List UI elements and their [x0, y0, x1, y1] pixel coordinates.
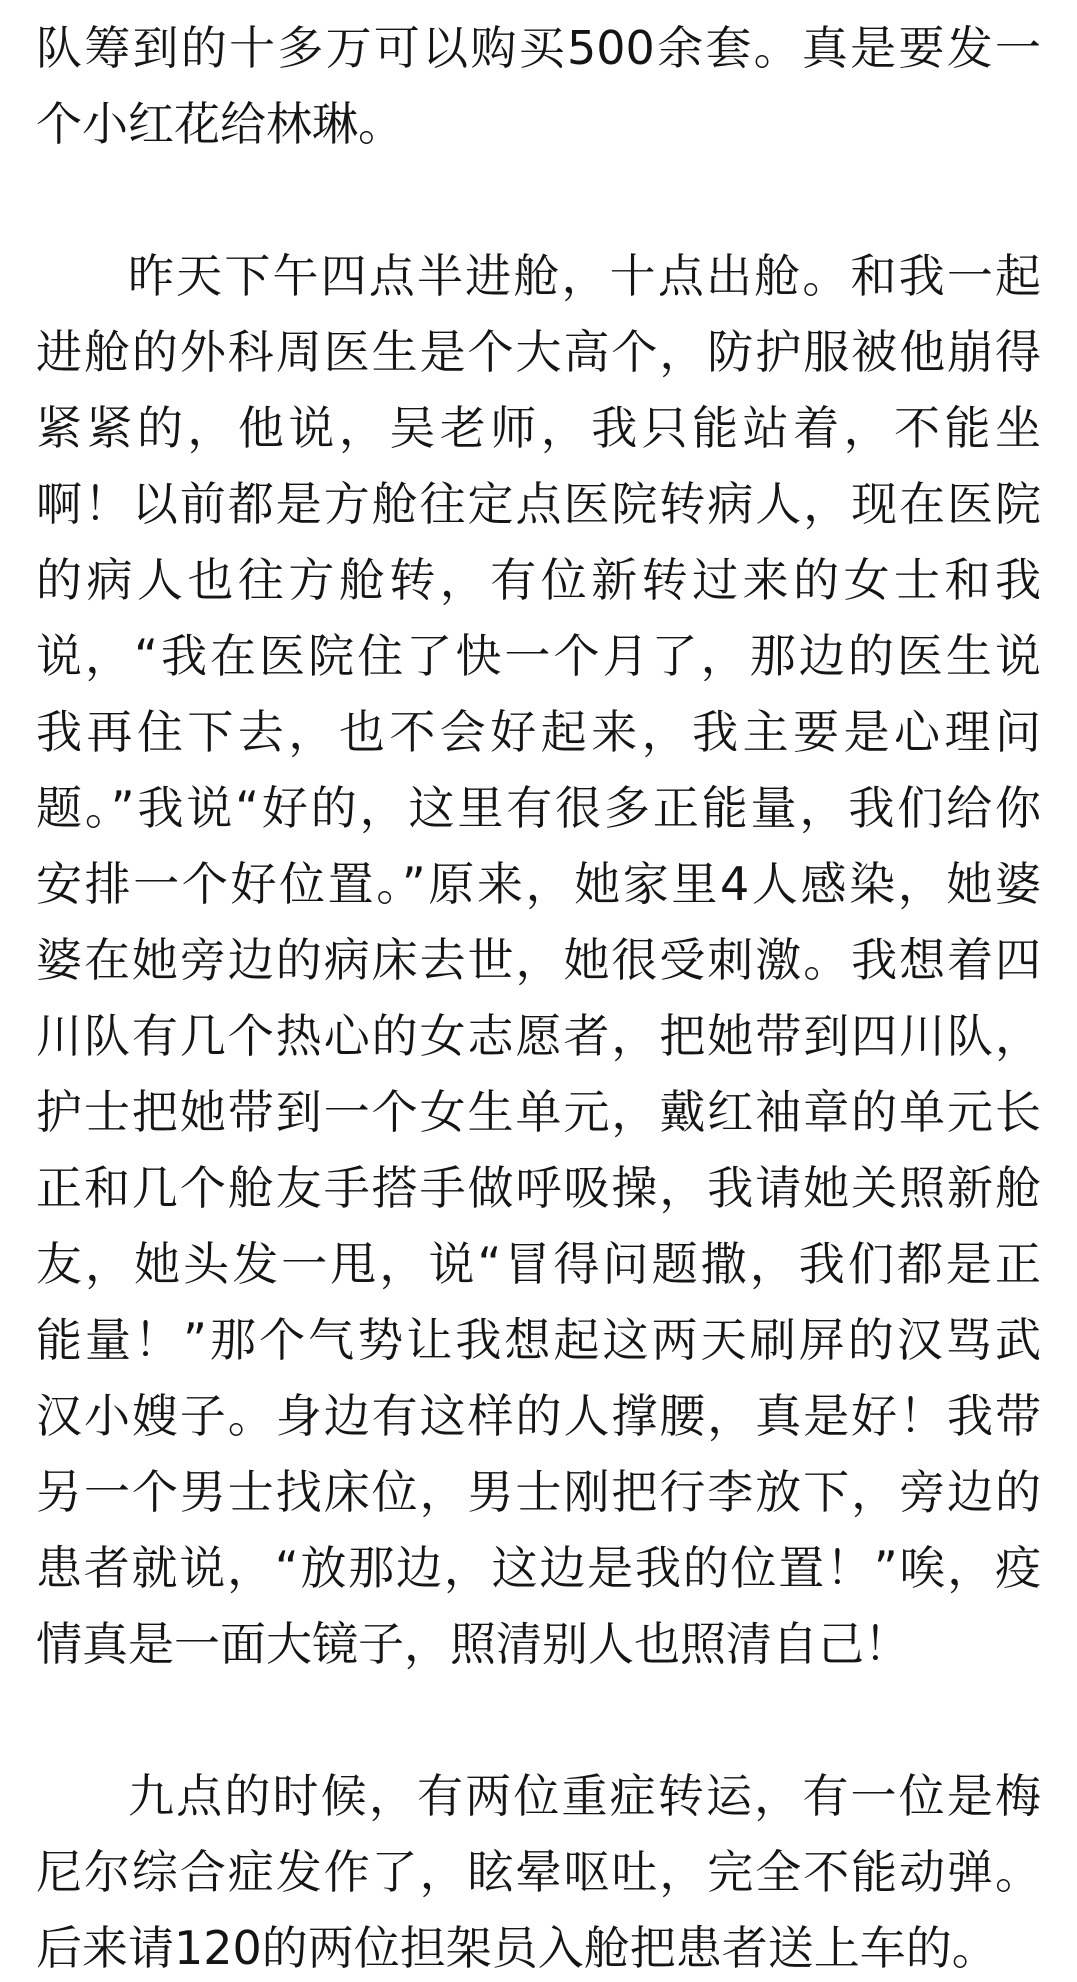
text-line: 我再住下去，也不会好起来，我主要是心理问	[36, 694, 1041, 770]
text-line: 啊！以前都是方舱往定点医院转病人，现在医院	[36, 466, 1041, 542]
paragraph-2: 昨天下午四点半进舱，十点出舱。和我一起 进舱的外科周医生是个大高个，防护服被他崩…	[36, 238, 1041, 1682]
text-line: 另一个男士找床位，男士刚把行李放下，旁边的	[36, 1454, 1041, 1530]
text-line: 紧紧的，他说，吴老师，我只能站着，不能坐	[36, 390, 1041, 466]
text-line: 个小红花给林琳。	[36, 86, 1041, 162]
text-line: 的病人也往方舱转，有位新转过来的女士和我	[36, 542, 1041, 618]
text-line: 题。”我说“好的，这里有很多正能量，我们给你	[36, 770, 1041, 846]
diary-page: 队筹到的十多万可以购买500余套。真是要发一 个小红花给林琳。 昨天下午四点半进…	[0, 0, 1077, 1982]
text-line: 友，她头发一甩，说“冒得问题撒，我们都是正	[36, 1226, 1041, 1302]
text-line: 情真是一面大镜子，照清别人也照清自己！	[36, 1606, 1041, 1682]
text-line: 进舱的外科周医生是个大高个，防护服被他崩得	[36, 314, 1041, 390]
text-line: 安排一个好位置。”原来，她家里4人感染，她婆	[36, 846, 1041, 922]
paragraph-3: 九点的时候，有两位重症转运，有一位是梅 尼尔综合症发作了，眩晕呕吐，完全不能动弹…	[36, 1758, 1041, 1982]
paragraph-1: 队筹到的十多万可以购买500余套。真是要发一 个小红花给林琳。	[36, 10, 1041, 162]
text-line: 患者就说，“放那边，这边是我的位置！”唉，疫	[36, 1530, 1041, 1606]
text-line: 正和几个舱友手搭手做呼吸操，我请她关照新舱	[36, 1150, 1041, 1226]
text-line: 川队有几个热心的女志愿者，把她带到四川队，	[36, 998, 1041, 1074]
text-line: 后来请120的两位担架员入舱把患者送上车的。	[36, 1910, 1041, 1982]
text-line: 尼尔综合症发作了，眩晕呕吐，完全不能动弹。	[36, 1834, 1041, 1910]
text-line: 说，“我在医院住了快一个月了，那边的医生说	[36, 618, 1041, 694]
text-line: 汉小嫂子。身边有这样的人撑腰，真是好！我带	[36, 1378, 1041, 1454]
text-line: 队筹到的十多万可以购买500余套。真是要发一	[36, 10, 1041, 86]
text-line: 九点的时候，有两位重症转运，有一位是梅	[36, 1758, 1041, 1834]
text-line: 婆在她旁边的病床去世，她很受刺激。我想着四	[36, 922, 1041, 998]
text-line: 能量！”那个气势让我想起这两天刷屏的汉骂武	[36, 1302, 1041, 1378]
text-line: 护士把她带到一个女生单元，戴红袖章的单元长	[36, 1074, 1041, 1150]
text-line: 昨天下午四点半进舱，十点出舱。和我一起	[36, 238, 1041, 314]
